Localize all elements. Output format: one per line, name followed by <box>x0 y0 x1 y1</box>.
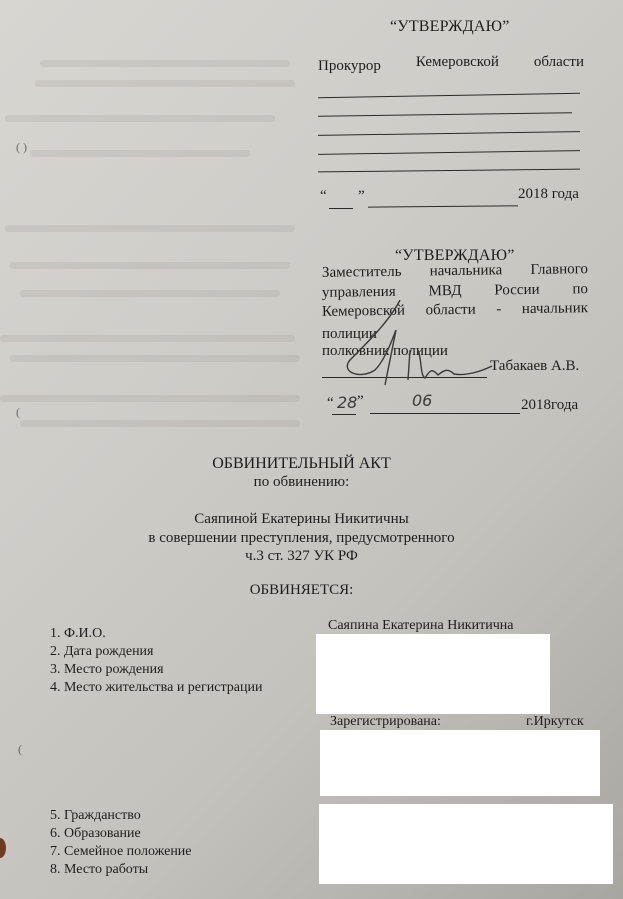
accused-heading: ОБВИНЯЕТСЯ: <box>0 582 613 599</box>
text-word: начальника <box>430 262 503 280</box>
document-title: ОБВИНИТЕЛЬНЫЙ АКТ <box>0 455 613 473</box>
blank-line <box>318 131 580 136</box>
personal-data-value-fio: Саяпина Екатерина Никитична <box>328 618 513 634</box>
bleed-through-text <box>40 60 290 67</box>
blank-line <box>318 112 572 117</box>
handwritten-signature <box>330 300 500 390</box>
text-word: МВД <box>428 283 461 300</box>
approval-1-date-close-quote: ” <box>358 188 365 205</box>
personal-data-label: 8. Место работы <box>50 862 148 878</box>
text-word: России <box>494 282 539 300</box>
blank-line <box>318 93 580 99</box>
registered-label: Зарегистрирована: <box>330 714 441 730</box>
redaction-box <box>319 804 613 884</box>
date-month-blank <box>368 205 518 207</box>
text-word: по <box>572 281 588 298</box>
approval-2-date-open-quote: “ <box>327 395 334 412</box>
position-word: области <box>534 54 584 71</box>
date-day-line <box>332 414 356 415</box>
document-subtitle: по обвинению: <box>0 474 613 491</box>
approval-2-signatory: Табакаев А.В. <box>490 358 579 375</box>
blank-line <box>318 169 580 173</box>
approval-1-date-year: 2018 года <box>518 186 579 203</box>
approval-1-position: Прокурор Кемеровской области <box>318 58 584 75</box>
bleed-through-text <box>5 225 295 232</box>
bleed-through-text <box>0 395 300 402</box>
personal-data-label: 5. Гражданство <box>50 808 141 824</box>
redaction-box <box>316 634 550 714</box>
bleed-through-text <box>10 262 290 269</box>
bleed-through-text <box>10 355 300 362</box>
crime-description: в совершении преступления, предусмотренн… <box>0 530 613 547</box>
bleed-through-text <box>5 115 275 122</box>
personal-data-label: 1. Ф.И.О. <box>50 626 106 642</box>
date-month-line <box>370 413 520 414</box>
binding-hole <box>0 838 6 858</box>
position-word: Прокурор <box>318 58 381 75</box>
bleed-through-text <box>0 335 295 342</box>
approval-2-date-month: 06 <box>412 391 432 410</box>
punch-mark: ( <box>18 742 22 757</box>
bleed-through-text <box>30 150 250 157</box>
personal-data-label: 7. Семейное положение <box>50 844 192 860</box>
approval-2-date-close-quote: ” <box>357 393 364 410</box>
text-word: Главного <box>530 261 588 279</box>
redaction-box <box>320 730 600 796</box>
personal-data-label: 4. Место жительства и регистрации <box>50 680 262 696</box>
approval-2-date-year: 2018года <box>521 397 578 414</box>
bleed-through-text <box>35 80 295 87</box>
registered-city: г.Иркутск <box>526 714 584 730</box>
accused-name: Саяпиной Екатерины Никитичны <box>0 511 613 528</box>
approval-2-date-day: 28 <box>337 393 357 412</box>
position-word: Кемеровской <box>416 54 499 71</box>
text-word: начальник <box>522 300 588 318</box>
approval-2-line-1: Заместитель начальника Главного <box>322 261 588 282</box>
approval-1-heading: “УТВЕРЖДАЮ” <box>390 18 510 36</box>
personal-data-label: 3. Место рождения <box>50 662 164 678</box>
bleed-through-text <box>20 290 280 297</box>
personal-data-label: 6. Образование <box>50 826 141 842</box>
personal-data-label: 2. Дата рождения <box>50 644 154 660</box>
criminal-article: ч.3 ст. 327 УК РФ <box>0 548 613 565</box>
approval-1-date-open-quote: “ <box>320 188 327 205</box>
approval-2-line-2: управления МВД России по <box>322 281 588 302</box>
punch-mark: ( <box>16 405 20 420</box>
date-day-blank <box>329 208 353 209</box>
scanned-document-page: ( ) ( ( “УТВЕРЖДАЮ” Прокурор Кемеровской… <box>0 0 623 899</box>
punch-mark: ( ) <box>16 140 27 155</box>
blank-line <box>318 150 580 155</box>
bleed-through-text <box>20 420 300 427</box>
text-word: Заместитель <box>322 264 402 282</box>
